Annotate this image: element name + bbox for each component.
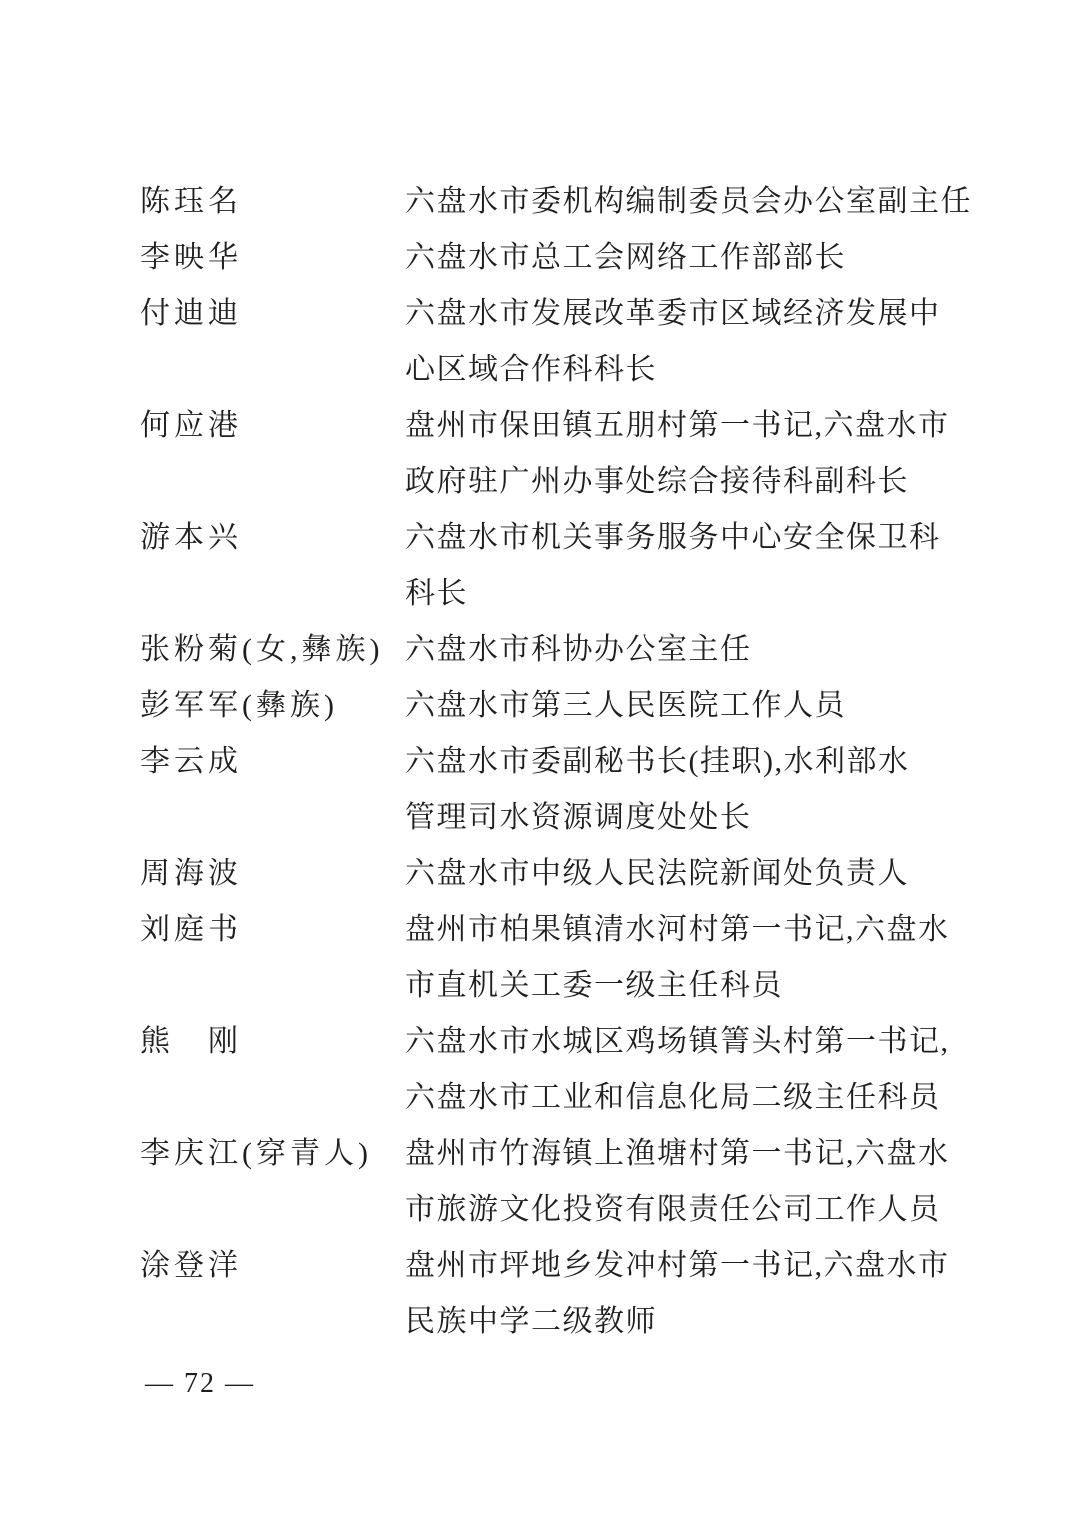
person-name: 彭军军(彝族) <box>140 678 405 734</box>
person-name: 张粉菊(女,彝族) <box>140 622 405 678</box>
person-name: 李映华 <box>140 230 405 286</box>
title-line: 六盘水市工业和信息化局二级主任科员 <box>405 1070 1080 1126</box>
title-line: 盘州市坪地乡发冲村第一书记,六盘水市 <box>405 1238 1080 1294</box>
title-line: 市旅游文化投资有限责任公司工作人员 <box>405 1182 1080 1238</box>
person-name: 李云成 <box>140 734 405 790</box>
title-line: 心区域合作科科长 <box>405 342 1080 398</box>
title-line: 六盘水市科协办公室主任 <box>405 622 1080 678</box>
list-item: 刘庭书盘州市柏果镇清水河村第一书记,六盘水市直机关工委一级主任科员 <box>140 902 1080 1014</box>
roster-list: 陈珏名六盘水市委机构编制委员会办公室副主任李映华六盘水市总工会网络工作部部长付迪… <box>0 0 1080 1350</box>
person-title: 盘州市柏果镇清水河村第一书记,六盘水市直机关工委一级主任科员 <box>405 902 1080 1014</box>
title-line: 民族中学二级教师 <box>405 1294 1080 1350</box>
title-line: 政府驻广州办事处综合接待科副科长 <box>405 454 1080 510</box>
title-line: 盘州市柏果镇清水河村第一书记,六盘水 <box>405 902 1080 958</box>
title-line: 盘州市竹海镇上渔塘村第一书记,六盘水 <box>405 1126 1080 1182</box>
person-title: 盘州市保田镇五朋村第一书记,六盘水市政府驻广州办事处综合接待科副科长 <box>405 398 1080 510</box>
list-item: 付迪迪六盘水市发展改革委市区域经济发展中心区域合作科科长 <box>140 286 1080 398</box>
title-line: 管理司水资源调度处处长 <box>405 790 1080 846</box>
person-name: 陈珏名 <box>140 174 405 230</box>
person-title: 六盘水市总工会网络工作部部长 <box>405 230 1080 286</box>
list-item: 游本兴六盘水市机关事务服务中心安全保卫科科长 <box>140 510 1080 622</box>
person-name: 刘庭书 <box>140 902 405 958</box>
list-item: 李云成六盘水市委副秘书长(挂职),水利部水管理司水资源调度处处长 <box>140 734 1080 846</box>
document-page: 陈珏名六盘水市委机构编制委员会办公室副主任李映华六盘水市总工会网络工作部部长付迪… <box>0 0 1080 1527</box>
person-title: 盘州市竹海镇上渔塘村第一书记,六盘水市旅游文化投资有限责任公司工作人员 <box>405 1126 1080 1238</box>
person-name: 游本兴 <box>140 510 405 566</box>
person-title: 六盘水市发展改革委市区域经济发展中心区域合作科科长 <box>405 286 1080 398</box>
list-item: 李庆江(穿青人)盘州市竹海镇上渔塘村第一书记,六盘水市旅游文化投资有限责任公司工… <box>140 1126 1080 1238</box>
person-title: 六盘水市科协办公室主任 <box>405 622 1080 678</box>
title-line: 六盘水市水城区鸡场镇箐头村第一书记, <box>405 1014 1080 1070</box>
page-number: — 72 — <box>145 1364 1080 1404</box>
title-line: 六盘水市委副秘书长(挂职),水利部水 <box>405 734 1080 790</box>
person-title: 六盘水市水城区鸡场镇箐头村第一书记,六盘水市工业和信息化局二级主任科员 <box>405 1014 1080 1126</box>
list-item: 周海波六盘水市中级人民法院新闻处负责人 <box>140 846 1080 902</box>
person-title: 六盘水市中级人民法院新闻处负责人 <box>405 846 1080 902</box>
person-title: 六盘水市机关事务服务中心安全保卫科科长 <box>405 510 1080 622</box>
person-name: 涂登洋 <box>140 1238 405 1294</box>
list-item: 彭军军(彝族)六盘水市第三人民医院工作人员 <box>140 678 1080 734</box>
title-line: 六盘水市机关事务服务中心安全保卫科 <box>405 510 1080 566</box>
title-line: 科长 <box>405 566 1080 622</box>
person-name: 熊 刚 <box>140 1014 405 1070</box>
person-title: 六盘水市委机构编制委员会办公室副主任 <box>405 174 1080 230</box>
title-line: 市直机关工委一级主任科员 <box>405 958 1080 1014</box>
list-item: 何应港盘州市保田镇五朋村第一书记,六盘水市政府驻广州办事处综合接待科副科长 <box>140 398 1080 510</box>
person-name: 李庆江(穿青人) <box>140 1126 405 1182</box>
title-line: 六盘水市委机构编制委员会办公室副主任 <box>405 174 1080 230</box>
title-line: 六盘水市发展改革委市区域经济发展中 <box>405 286 1080 342</box>
person-name: 周海波 <box>140 846 405 902</box>
person-title: 六盘水市第三人民医院工作人员 <box>405 678 1080 734</box>
list-item: 陈珏名六盘水市委机构编制委员会办公室副主任 <box>140 174 1080 230</box>
list-item: 李映华六盘水市总工会网络工作部部长 <box>140 230 1080 286</box>
title-line: 盘州市保田镇五朋村第一书记,六盘水市 <box>405 398 1080 454</box>
list-item: 熊 刚六盘水市水城区鸡场镇箐头村第一书记,六盘水市工业和信息化局二级主任科员 <box>140 1014 1080 1126</box>
list-item: 涂登洋盘州市坪地乡发冲村第一书记,六盘水市民族中学二级教师 <box>140 1238 1080 1350</box>
person-title: 六盘水市委副秘书长(挂职),水利部水管理司水资源调度处处长 <box>405 734 1080 846</box>
person-name: 付迪迪 <box>140 286 405 342</box>
title-line: 六盘水市总工会网络工作部部长 <box>405 230 1080 286</box>
title-line: 六盘水市中级人民法院新闻处负责人 <box>405 846 1080 902</box>
title-line: 六盘水市第三人民医院工作人员 <box>405 678 1080 734</box>
person-title: 盘州市坪地乡发冲村第一书记,六盘水市民族中学二级教师 <box>405 1238 1080 1350</box>
person-name: 何应港 <box>140 398 405 454</box>
list-item: 张粉菊(女,彝族)六盘水市科协办公室主任 <box>140 622 1080 678</box>
